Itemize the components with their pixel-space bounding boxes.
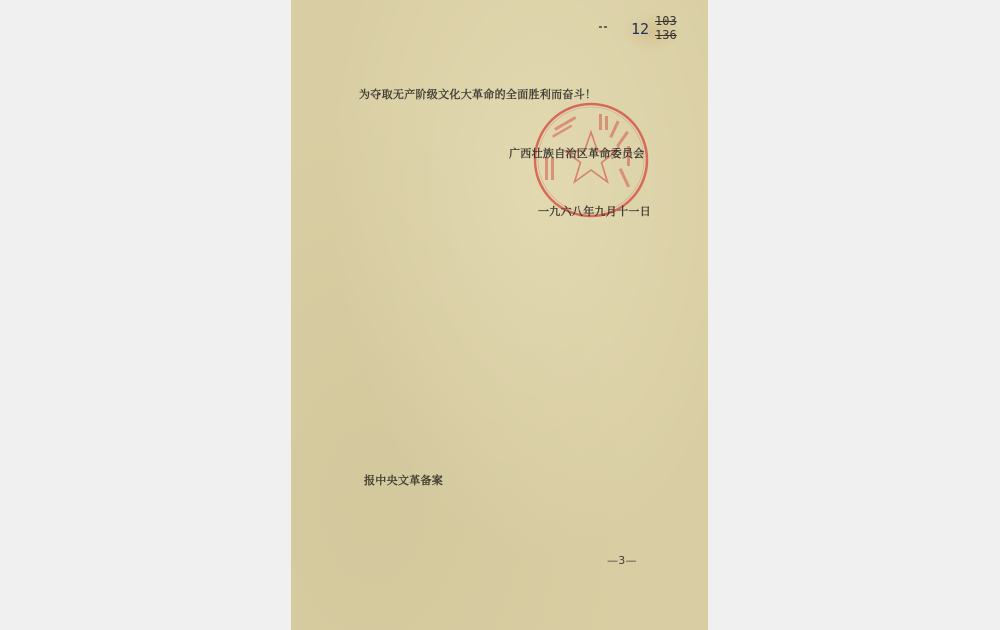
cc-note-text: 报中央文革备案 [364,472,443,488]
issuer-text: 广西壮族自治区革命委员会 [509,145,645,161]
document-viewer: 12 103 136 为夺取无产阶级文化大革命的全面胜利而奋斗！ 广西壮族自治区… [0,0,1000,630]
archive-number: 12 [631,20,649,38]
archive-page-top: 103 [655,14,677,28]
page-number: —3— [607,554,637,567]
archive-page-bottom: 136 [655,28,677,42]
date-text: 一九六八年九月十一日 [538,203,651,219]
document-page: 12 103 136 为夺取无产阶级文化大革命的全面胜利而奋斗！ 广西壮族自治区… [291,0,708,630]
ink-marks [599,13,613,17]
